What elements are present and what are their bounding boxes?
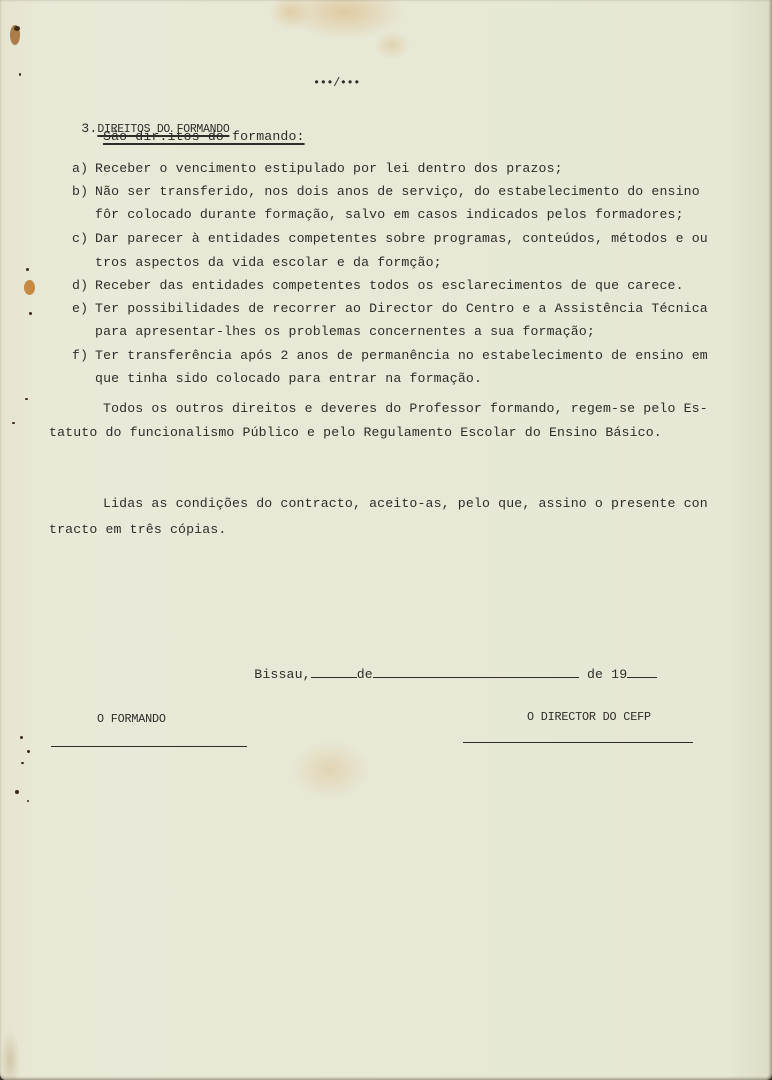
list-item-text: que tinha sido colocado para entrar na f… <box>95 371 482 386</box>
paper-speck <box>12 422 15 424</box>
document-page: •••/••• 3.DIREITOS DO FORMANDO São dir.i… <box>0 0 772 1080</box>
signature-line-director[interactable] <box>463 742 693 743</box>
paper-speck <box>29 312 32 315</box>
signature-label-formando: O FORMANDO <box>97 712 166 726</box>
month-blank[interactable] <box>373 665 579 678</box>
section-number: 3. <box>81 121 97 136</box>
paper-stain <box>24 280 35 295</box>
year-blank[interactable] <box>627 665 657 678</box>
paper-speck <box>25 398 28 400</box>
list-item-text: Receber o vencimento estipulado por lei … <box>95 161 563 176</box>
list-item-text: Receber das entidades competentes todos … <box>95 278 684 293</box>
paper-speck <box>21 762 24 764</box>
list-item-letter: f) <box>72 348 88 363</box>
list-item-text: Ter possibilidades de recorrer ao Direct… <box>95 301 708 316</box>
list-item-letter: c) <box>72 231 88 246</box>
paragraph-acceptance-line1: Lidas as condições do contracto, aceito-… <box>103 496 708 511</box>
paragraph-other-rights-line2: tatuto do funcionalismo Público e pelo R… <box>49 425 662 440</box>
paragraph-acceptance-line2: tracto em três cópias. <box>49 522 226 537</box>
list-item-text: fôr colocado durante formação, salvo em … <box>95 207 684 222</box>
paragraph-other-rights-line1: Todos os outros direitos e deveres do Pr… <box>103 401 708 416</box>
page-continuation-marker: •••/••• <box>313 76 360 90</box>
list-item-letter: a) <box>72 161 88 176</box>
signature-line-formando[interactable] <box>51 746 247 747</box>
paper-speck <box>15 790 19 794</box>
list-item-text: Ter transferência após 2 anos de permanê… <box>95 348 708 363</box>
list-item-letter: e) <box>72 301 88 316</box>
paper-speck <box>20 736 23 739</box>
date-line: Bissau,de de 19 <box>222 650 657 697</box>
paper-speck <box>26 268 29 271</box>
date-de-2: de 19 <box>587 667 627 682</box>
signature-label-director: O DIRECTOR DO CEFP <box>527 710 651 724</box>
section-intro: São dir.itos do formando: <box>103 129 305 144</box>
list-item-text: tros aspectos da vida escolar e da formç… <box>95 255 442 270</box>
list-item-text-line: Dar parecer à entidades competentes sobr… <box>95 231 708 246</box>
paper-speck <box>27 750 30 753</box>
paper-speck <box>14 26 20 31</box>
list-item-text: Dar parecer à entidades competentes sobr… <box>95 231 708 246</box>
day-blank[interactable] <box>311 665 357 678</box>
date-de-1: de <box>357 667 373 682</box>
date-place: Bissau, <box>254 667 310 682</box>
list-item-letter: b) <box>72 184 88 199</box>
list-item-text: Não ser transferido, nos dois anos de se… <box>95 184 700 199</box>
paper-speck <box>27 800 29 802</box>
paper-speck <box>19 73 21 76</box>
list-item-text: para apresentar-lhes os problemas concer… <box>95 324 595 339</box>
list-item-letter: d) <box>72 278 88 293</box>
